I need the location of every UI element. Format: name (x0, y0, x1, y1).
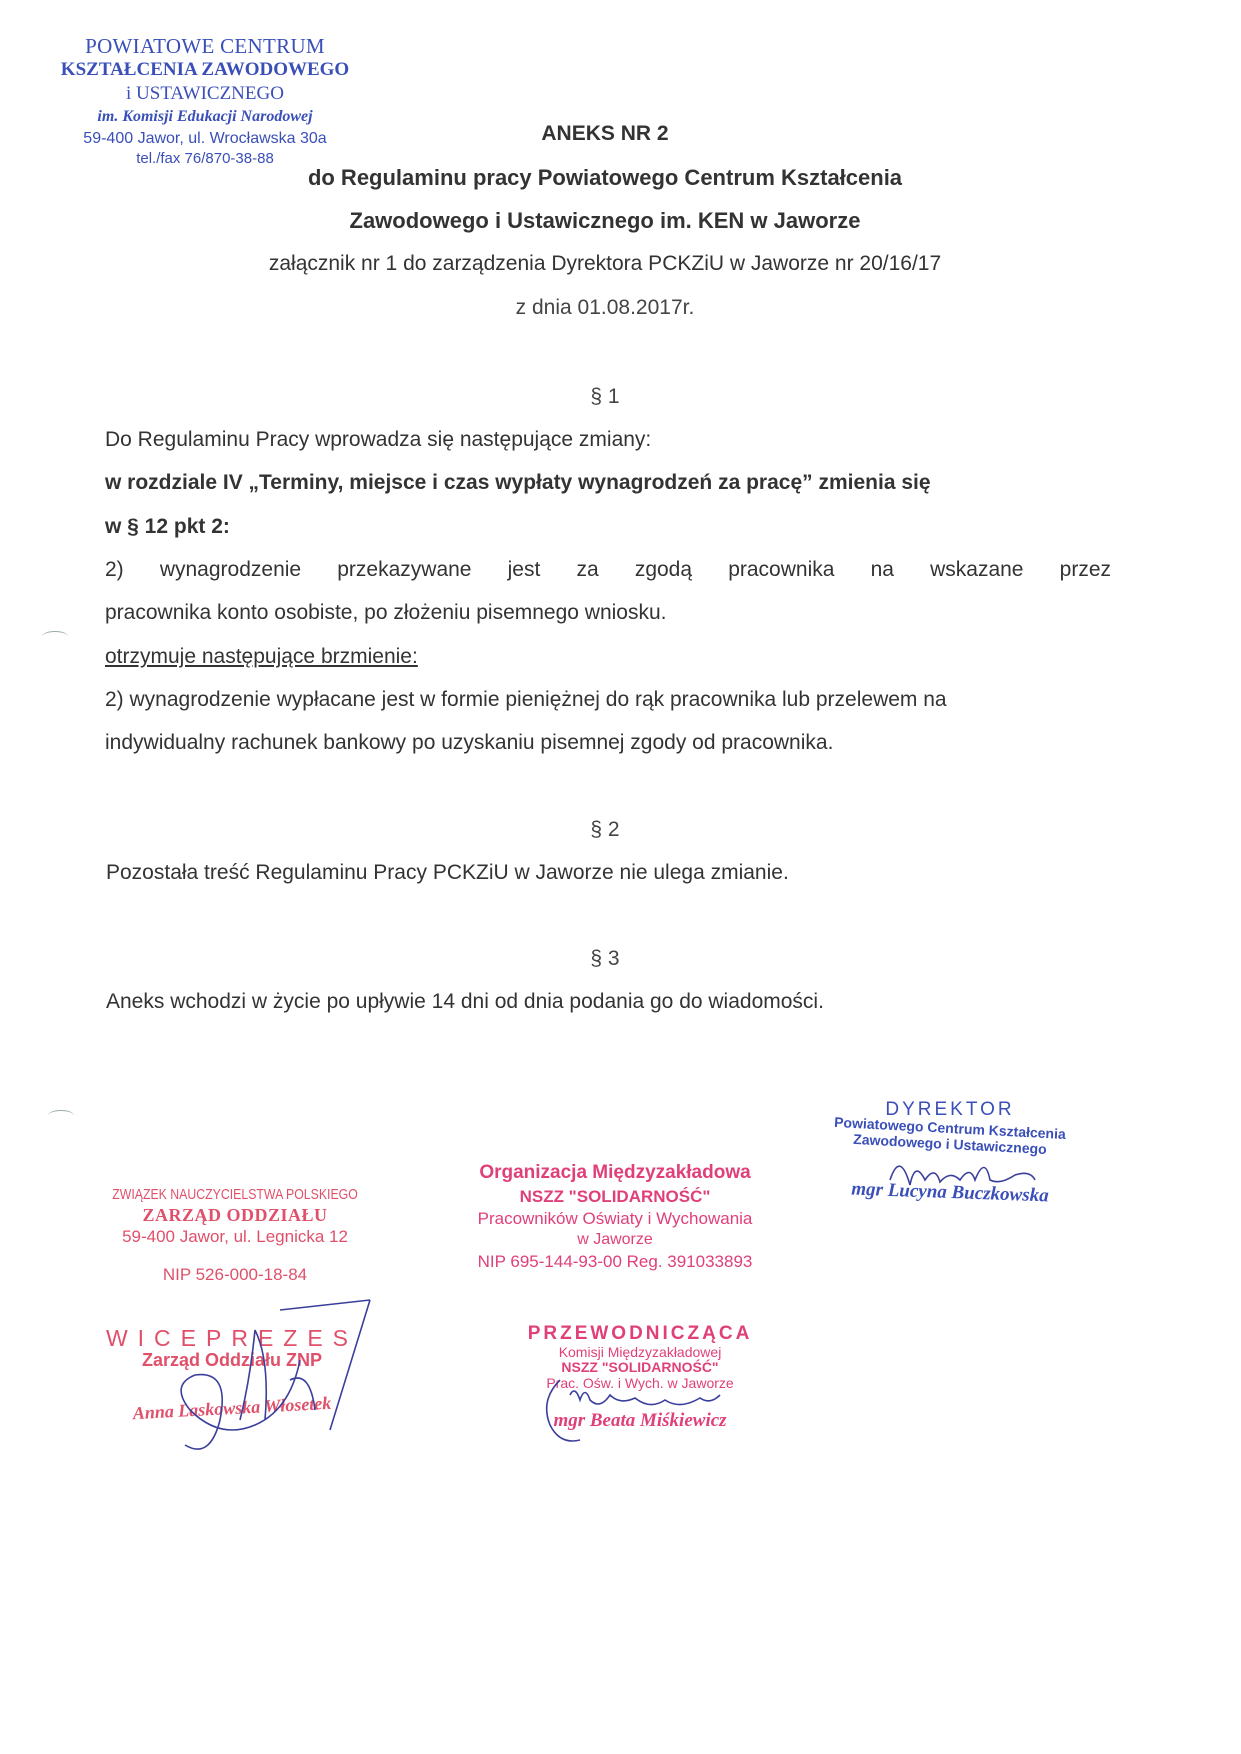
stamp-nip: NIP 695-144-93-00 Reg. 391033893 (440, 1250, 790, 1274)
document-subtitle: do Regulaminu pracy Powiatowego Centrum … (0, 165, 1210, 191)
section-text: Aneks wchodzi w życie po upływie 14 dni … (106, 990, 824, 1014)
punch-hole-mark (48, 1110, 74, 1121)
document-subtitle: Zawodowego i Ustawicznego im. KEN w Jawo… (0, 208, 1210, 234)
section-intro: Do Regulaminu Pracy wprowadza się następ… (105, 428, 651, 452)
signatory-line: Komisji Międzyzakładowej (510, 1345, 770, 1360)
old-text: 2) wynagrodzenie przekazywane jest za zg… (105, 558, 1111, 582)
stamp-line: w Jaworze (440, 1230, 790, 1250)
institution-stamp: POWIATOWE CENTRUM KSZTAŁCENIA ZAWODOWEGO… (40, 34, 370, 168)
stamp-address: 59-400 Jawor, ul. Legnicka 12 (85, 1225, 385, 1249)
stamp-line: POWIATOWE CENTRUM (40, 34, 370, 58)
stamp-nip: NIP 526-000-18-84 (85, 1263, 385, 1287)
attachment-reference: załącznik nr 1 do zarządzenia Dyrektora … (0, 252, 1210, 276)
receives-label: otrzymuje następujące brzmienie: (105, 645, 418, 669)
stamp-line: Pracowników Oświaty i Wychowania (440, 1208, 790, 1230)
stamp-line: i USTAWICZNEGO (40, 82, 370, 106)
stamp-line: ZARZĄD ODDZIAŁU (85, 1205, 385, 1225)
stamp-line: KSZTAŁCENIA ZAWODOWEGO (40, 58, 370, 82)
new-text: indywidualny rachunek bankowy po uzyskan… (105, 731, 833, 755)
stamp-line: Organizacja Międzyzakładowa (440, 1160, 790, 1186)
stamp-line: NSZZ "SOLIDARNOŚĆ" (440, 1186, 790, 1208)
signatory-role: PRZEWODNICZĄCA (510, 1323, 770, 1345)
znp-stamp: ZWIĄZEK NAUCZYCIELSTWA POLSKIEGO ZARZĄD … (85, 1185, 385, 1287)
old-text: pracownika konto osobiste, po złożeniu p… (105, 601, 667, 625)
new-text: 2) wynagrodzenie wypłacane jest w formie… (105, 688, 947, 712)
document-date: z dnia 01.08.2017r. (0, 296, 1210, 320)
amendment-target: w § 12 pkt 2: (105, 515, 230, 539)
signature-director (880, 1150, 1060, 1200)
section-heading: § 3 (0, 947, 1210, 971)
solidarnosc-stamp: Organizacja Międzyzakładowa NSZZ "SOLIDA… (440, 1160, 790, 1274)
section-heading: § 1 (0, 385, 1210, 409)
section-heading: § 2 (0, 818, 1210, 842)
amendment-target: w rozdziale IV „Terminy, miejsce i czas … (105, 471, 931, 495)
punch-hole-mark (42, 631, 68, 642)
section-text: Pozostała treść Regulaminu Pracy PCKZiU … (106, 861, 789, 885)
document-title: ANEKS NR 2 (0, 122, 1210, 146)
signature-solidarnosc (540, 1370, 740, 1450)
stamp-line: ZWIĄZEK NAUCZYCIELSTWA POLSKIEGO (112, 1185, 358, 1205)
signature-znp (100, 1300, 400, 1460)
